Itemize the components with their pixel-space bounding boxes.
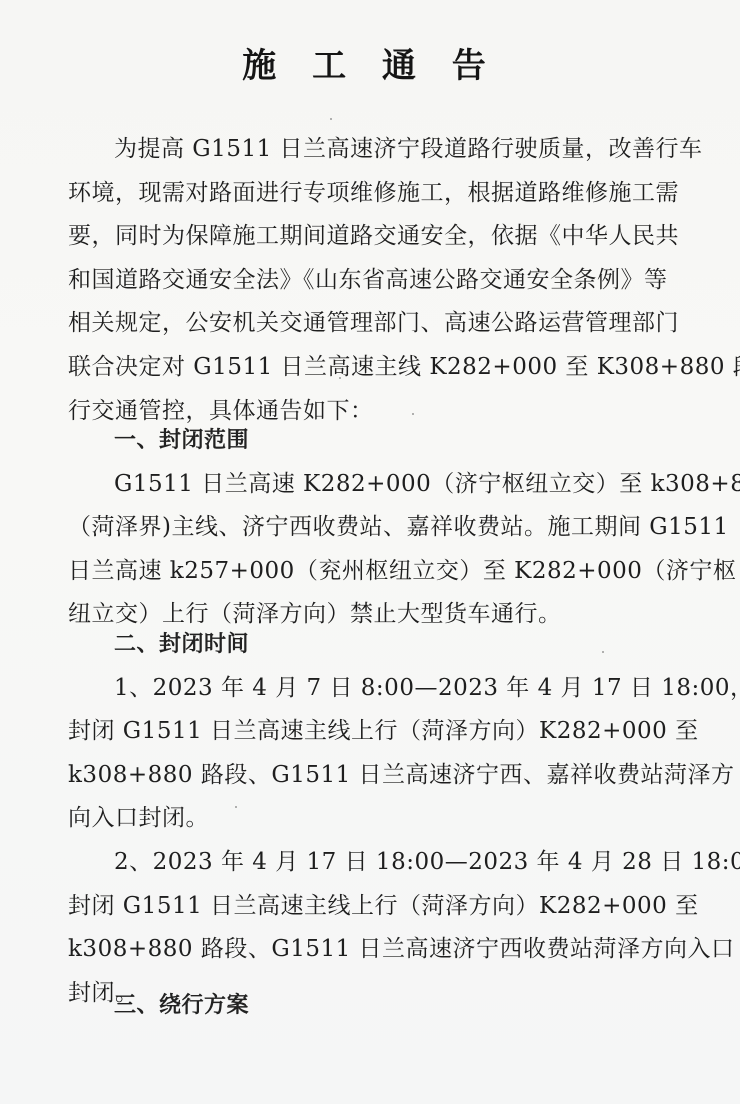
intro-line: 要，同时为保障施工期间道路交通安全，依据《中华人民共 xyxy=(68,215,668,259)
section-closure-scope: 一、封闭范围 G1511 日兰高速 K282+000（济宁枢纽立交）至 k308… xyxy=(68,419,668,637)
closure-item-1-line: k308+880 路段、G1511 日兰高速济宁西、嘉祥收费站菏泽方 xyxy=(68,754,668,798)
intro-line: 和国道路交通安全法》《山东省高速公路交通安全条例》等 xyxy=(68,259,668,303)
section-heading: 三、绕行方案 xyxy=(68,984,668,1028)
scan-speck xyxy=(330,118,332,120)
scan-speck xyxy=(602,651,604,653)
section-line: 日兰高速 k257+000（兖州枢纽立交）至 K282+000（济宁枢 xyxy=(68,550,668,594)
intro-line: 为提高 G1511 日兰高速济宁段道路行驶质量，改善行车 xyxy=(68,128,668,172)
section-detour-plan: 三、绕行方案 xyxy=(68,984,668,1028)
intro-line: 环境，现需对路面进行专项维修施工，根据道路维修施工需 xyxy=(68,172,668,216)
closure-item-2-line: k308+880 路段、G1511 日兰高速济宁西收费站菏泽方向入口 xyxy=(68,928,668,972)
closure-item-1-line: 1、2023 年 4 月 7 日 8:00—2023 年 4 月 17 日 18… xyxy=(68,667,668,711)
scan-speck xyxy=(412,413,414,415)
scan-speck xyxy=(235,806,237,808)
closure-item-1-line: 封闭 G1511 日兰高速主线上行（菏泽方向）K282+000 至 xyxy=(68,710,668,754)
closure-item-2-line: 封闭 G1511 日兰高速主线上行（菏泽方向）K282+000 至 xyxy=(68,885,668,929)
closure-item-1-line: 向入口封闭。 xyxy=(68,797,668,841)
scan-speck xyxy=(339,377,341,379)
intro-paragraph: 为提高 G1511 日兰高速济宁段道路行驶质量，改善行车 环境，现需对路面进行专… xyxy=(68,128,668,433)
intro-line: 联合决定对 G1511 日兰高速主线 K282+000 至 K308+880 段… xyxy=(68,346,668,390)
document-page: 施 工 通 告 为提高 G1511 日兰高速济宁段道路行驶质量，改善行车 环境，… xyxy=(0,0,740,1104)
section-heading: 二、封闭时间 xyxy=(68,623,668,667)
section-closure-time: 二、封闭时间 1、2023 年 4 月 7 日 8:00—2023 年 4 月 … xyxy=(68,623,668,1015)
section-line: （菏泽界)主线、济宁西收费站、嘉祥收费站。施工期间 G1511 xyxy=(68,506,668,550)
section-line: G1511 日兰高速 K282+000（济宁枢纽立交）至 k308+880 xyxy=(68,463,668,507)
intro-line: 相关规定，公安机关交通管理部门、高速公路运营管理部门 xyxy=(68,302,668,346)
closure-item-2-line: 2、2023 年 4 月 17 日 18:00—2023 年 4 月 28 日 … xyxy=(68,841,668,885)
document-title: 施 工 通 告 xyxy=(0,44,740,88)
section-heading: 一、封闭范围 xyxy=(68,419,668,463)
